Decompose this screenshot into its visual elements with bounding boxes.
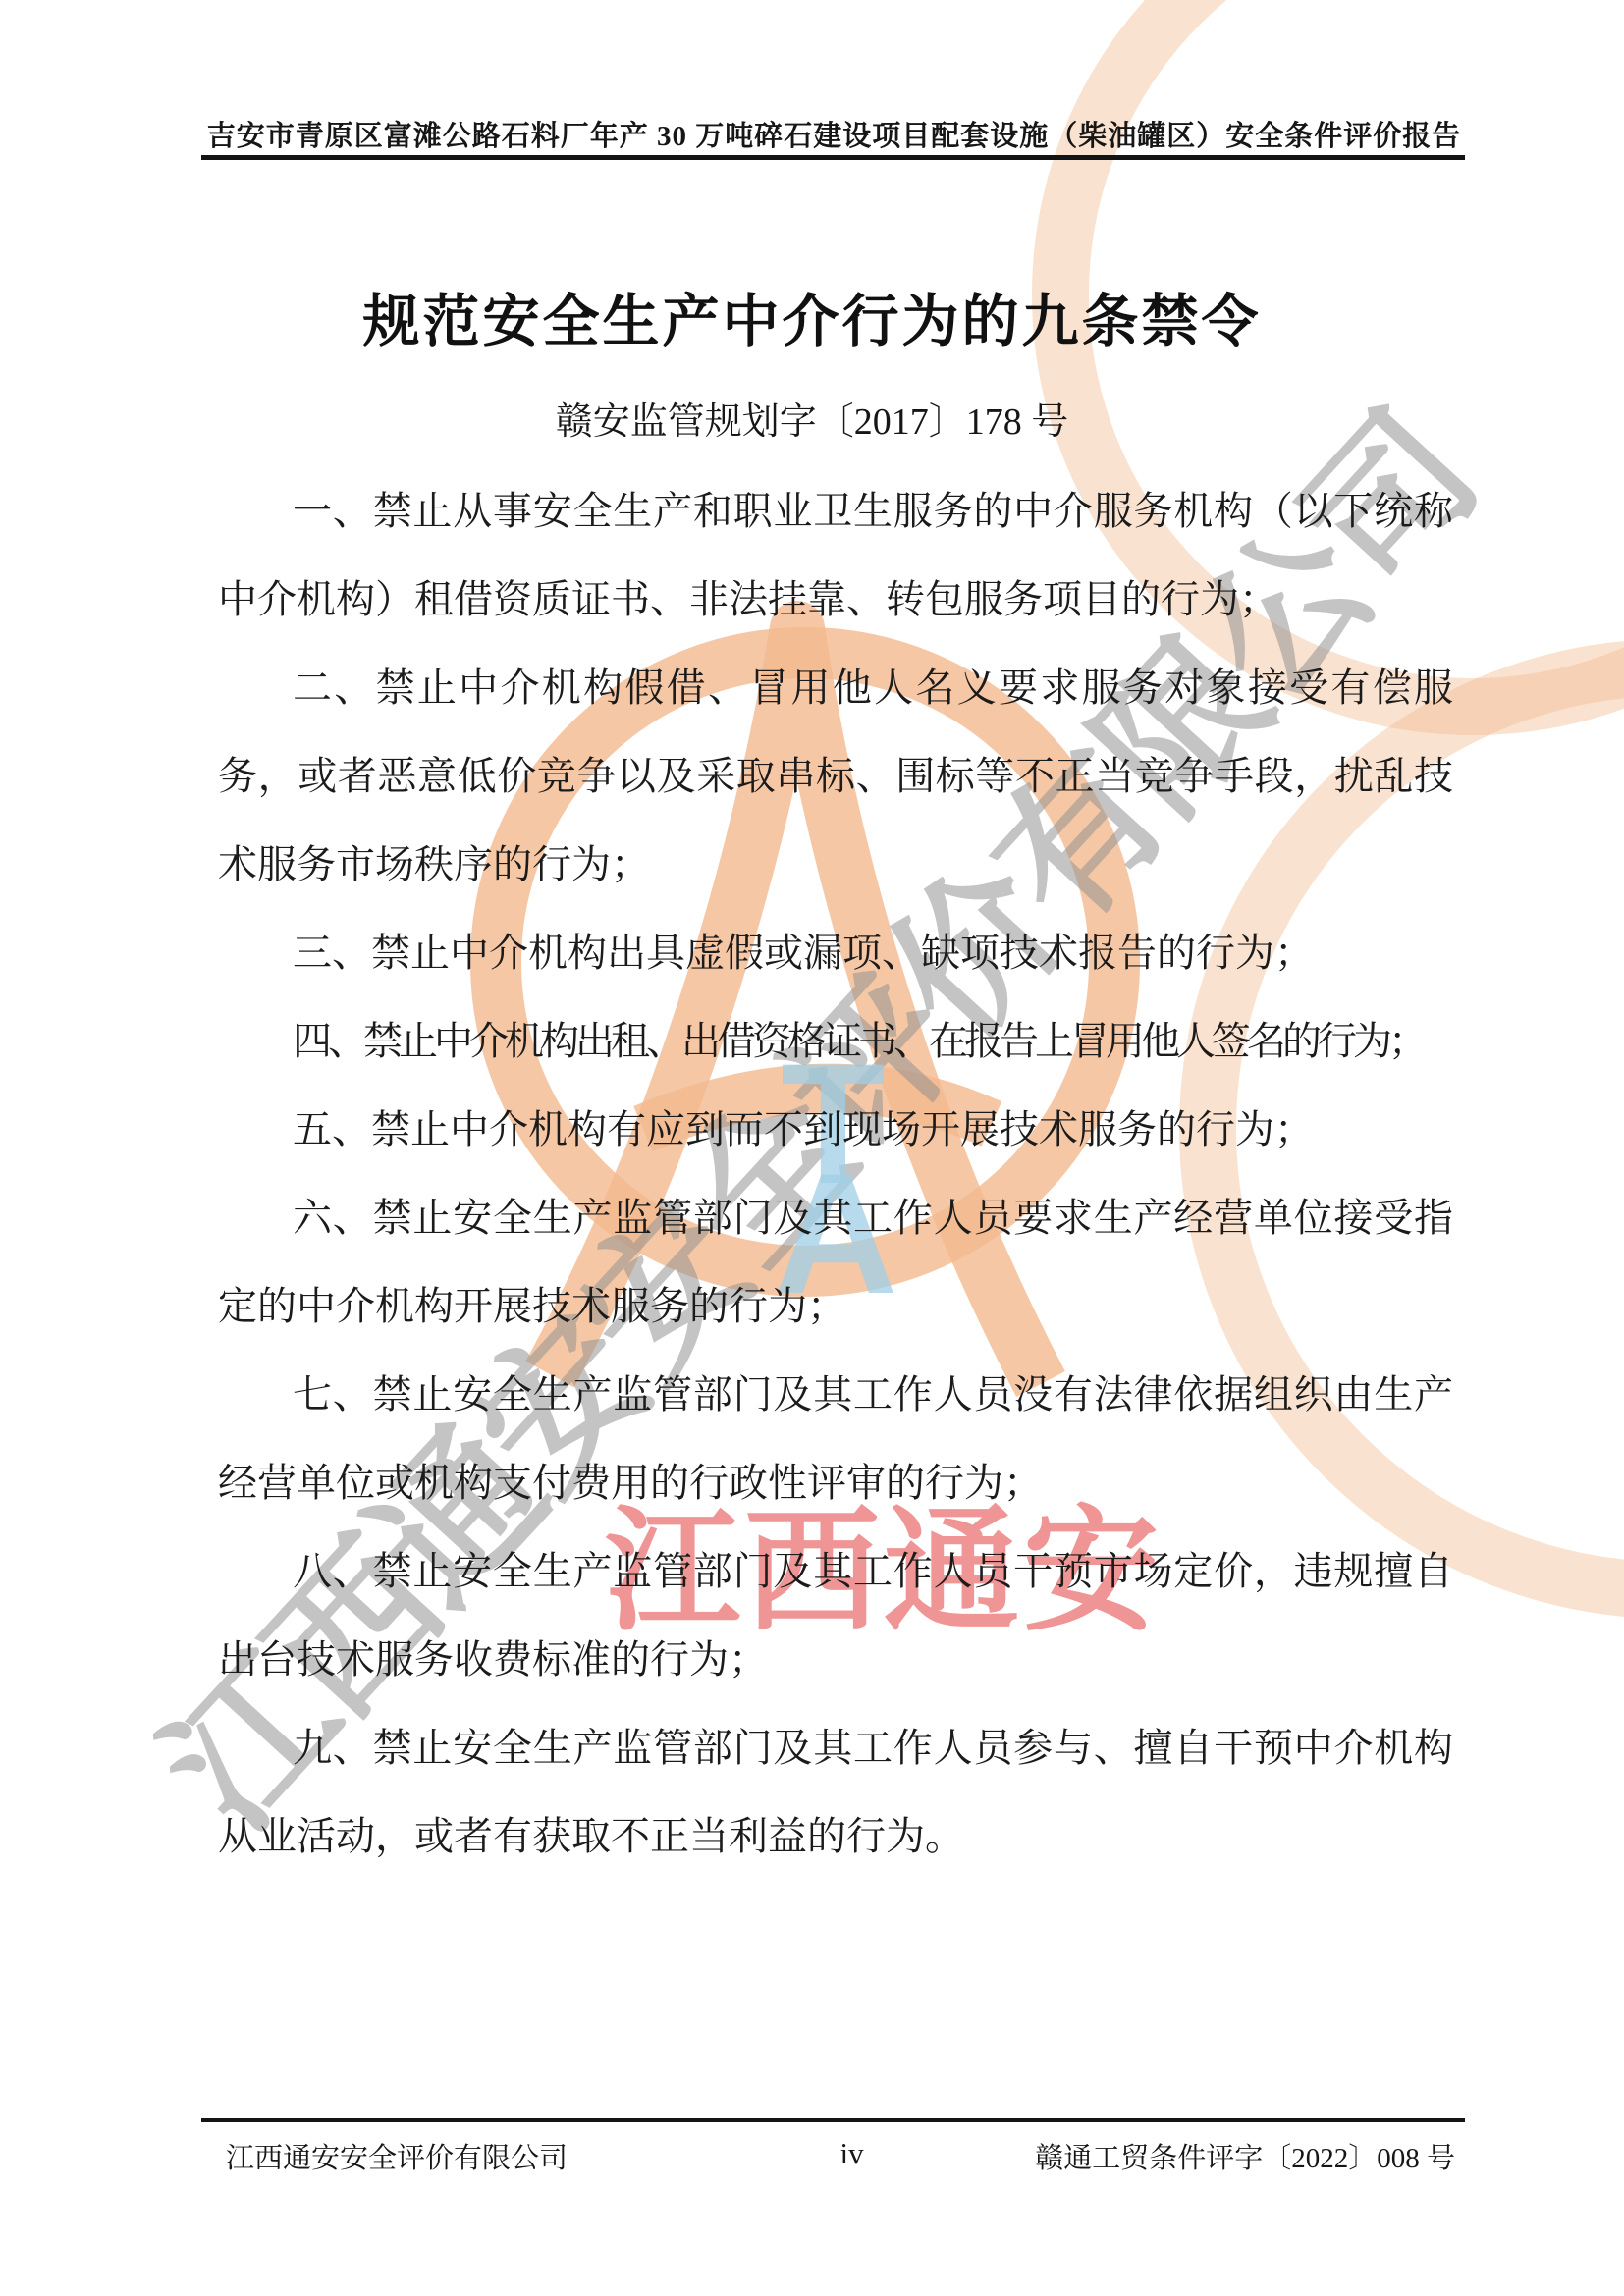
- paragraph-3: 三、禁止中介机构出具虚假或漏项、缺项技术报告的行为；: [218, 909, 1453, 997]
- paragraph-7: 七、禁止安全生产监管部门及其工作人员没有法律依据组织由生产经营单位或机构支付费用…: [218, 1351, 1453, 1527]
- paragraph-6: 六、禁止安全生产监管部门及其工作人员要求生产经营单位接受指定的中介机构开展技术服…: [218, 1174, 1453, 1351]
- page-footer: 江西通安安全评价有限公司 iv 赣通工贸条件评字〔2022〕008 号: [226, 2136, 1455, 2176]
- footer-divider: [201, 2118, 1465, 2122]
- document-title: 规范安全生产中介行为的九条禁令: [0, 275, 1624, 357]
- header-divider: [201, 155, 1465, 160]
- document-page: 江西通安安全评价有限公司 T A 江西通安 吉安市青原区富滩公路石料厂年产 30…: [0, 0, 1624, 2296]
- paragraph-1: 一、禁止从事安全生产和职业卫生服务的中介服务机构（以下统称中介机构）租借资质证书…: [218, 467, 1453, 644]
- paragraph-4: 四、禁止中介机构出租、出借资格证书、在报告上冒用他人签名的行为；: [218, 997, 1453, 1086]
- paragraph-5: 五、禁止中介机构有应到而不到现场开展技术服务的行为；: [218, 1086, 1453, 1174]
- document-body: 一、禁止从事安全生产和职业卫生服务的中介服务机构（以下统称中介机构）租借资质证书…: [218, 467, 1453, 1881]
- paragraph-9: 九、禁止安全生产监管部门及其工作人员参与、擅自干预中介机构从业活动，或者有获取不…: [218, 1704, 1453, 1881]
- page-header-title: 吉安市青原区富滩公路石料厂年产 30 万吨碎石建设项目配套设施（柴油罐区）安全条…: [203, 114, 1465, 154]
- page-content: 吉安市青原区富滩公路石料厂年产 30 万吨碎石建设项目配套设施（柴油罐区）安全条…: [0, 0, 1624, 2296]
- footer-page-number: iv: [840, 2136, 864, 2171]
- paragraph-2: 二、禁止中介机构假借、冒用他人名义要求服务对象接受有偿服务，或者恶意低价竞争以及…: [218, 644, 1453, 909]
- footer-company: 江西通安安全评价有限公司: [226, 2136, 568, 2176]
- footer-report-number: 赣通工贸条件评字〔2022〕008 号: [1035, 2136, 1455, 2176]
- paragraph-8: 八、禁止安全生产监管部门及其工作人员干预市场定价，违规擅自出台技术服务收费标准的…: [218, 1527, 1453, 1704]
- document-number: 赣安监管规划字〔2017〕178 号: [0, 391, 1624, 445]
